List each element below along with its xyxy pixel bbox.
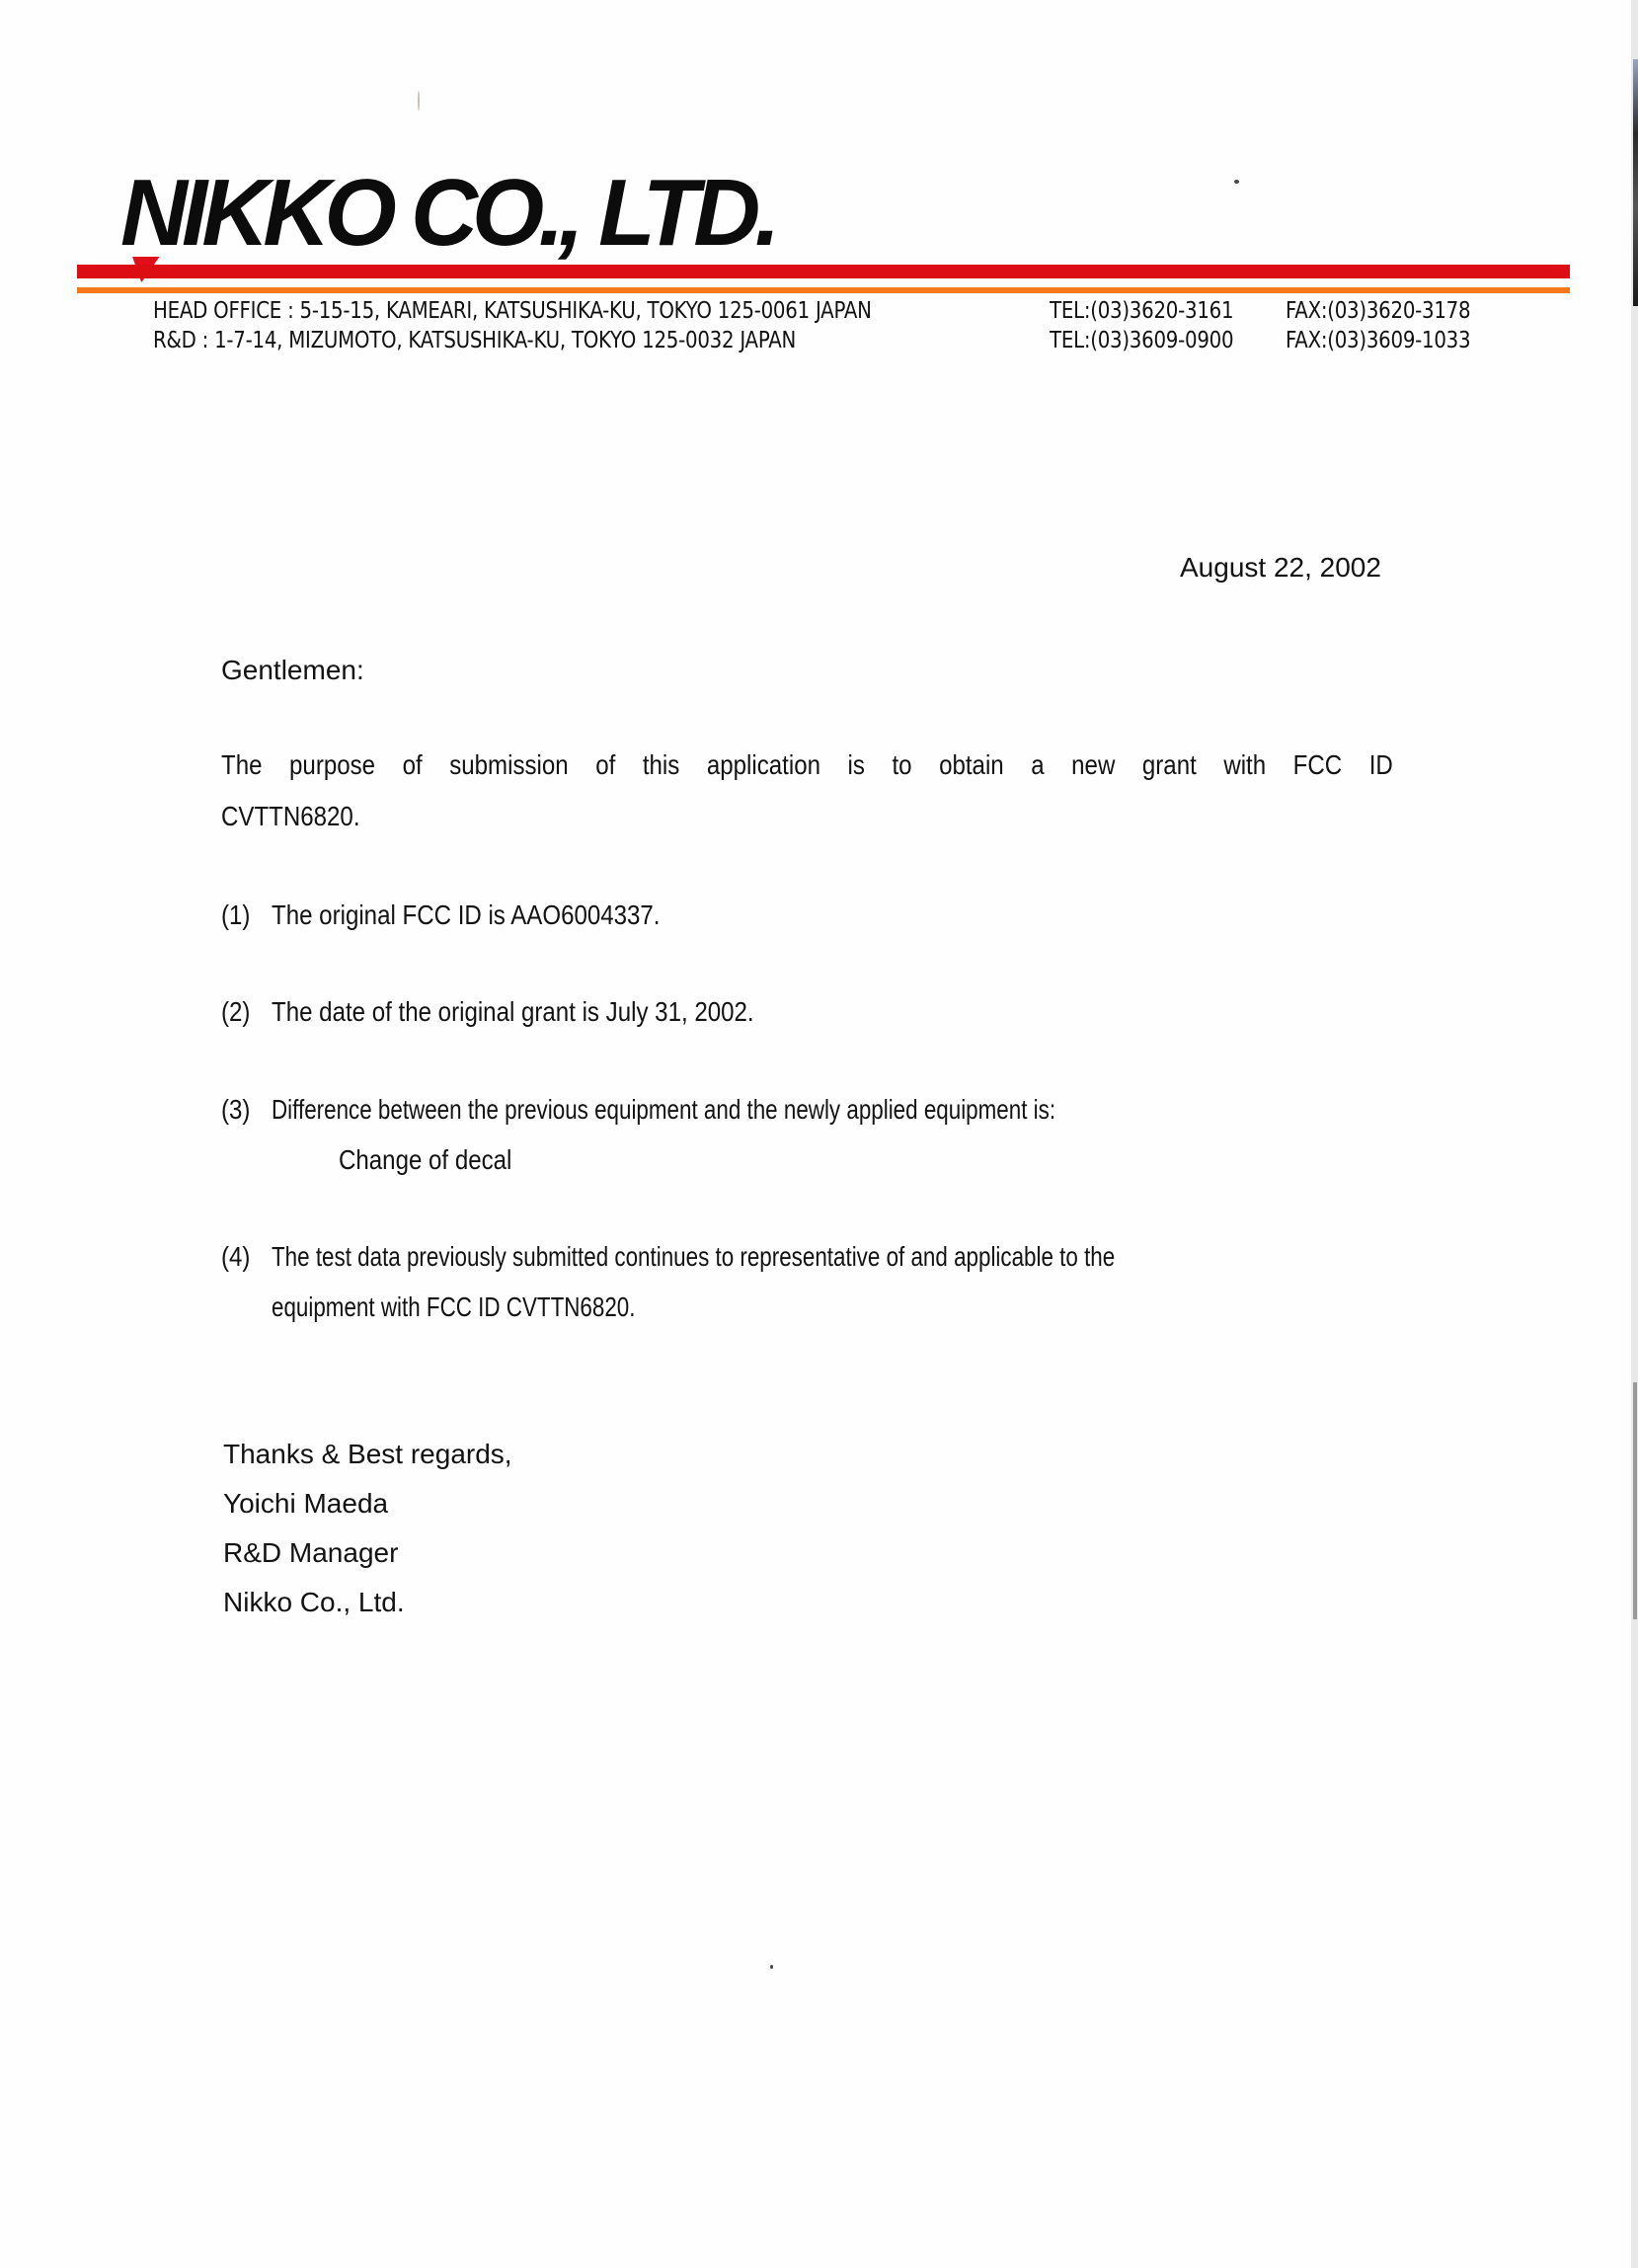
letter-page: NIKKO CO., LTD. HEAD OFFICE : 5-15-15, K… (0, 0, 1619, 2268)
rnd-fax: FAX:(03)3609-1033 (1286, 326, 1470, 355)
letterhead-red-rule (77, 265, 1570, 278)
item-3-number: (3) (221, 1093, 250, 1127)
rnd-tel: TEL:(03)3609-0900 (1050, 326, 1233, 355)
scan-speck (770, 1965, 773, 1969)
company-logo-text: NIKKO CO., LTD. (120, 160, 775, 266)
scan-edge-gray-artifact (1633, 1382, 1637, 1619)
scan-speck (1234, 180, 1239, 184)
item-2-number: (2) (221, 995, 250, 1029)
intro-line-1: The purpose of submission of this applic… (221, 748, 1393, 782)
scan-speck (418, 91, 420, 111)
item-3-text: Difference between the previous equipmen… (272, 1093, 1055, 1127)
closing-phrase: Thanks & Best regards, (223, 1438, 512, 1471)
signer-name: Yoichi Maeda (223, 1487, 388, 1521)
scan-edge-shadow (1631, 0, 1638, 2268)
item-4-continuation: equipment with FCC ID CVTTN6820. (272, 1290, 635, 1324)
signer-title: R&D Manager (223, 1536, 398, 1570)
scan-edge-dark-artifact (1633, 59, 1638, 306)
signer-company: Nikko Co., Ltd. (223, 1586, 405, 1619)
item-2-text: The date of the original grant is July 3… (272, 995, 754, 1029)
telephone-numbers: TEL:(03)3620-3161 TEL:(03)3609-0900 (1050, 296, 1233, 355)
head-office-tel: TEL:(03)3620-3161 (1050, 296, 1233, 326)
salutation: Gentlemen: (221, 654, 364, 687)
item-4-number: (4) (221, 1240, 250, 1274)
head-office-address: HEAD OFFICE : 5-15-15, KAMEARI, KATSUSHI… (153, 296, 872, 326)
letter-date: August 22, 2002 (1180, 551, 1381, 585)
item-1-number: (1) (221, 899, 250, 932)
office-addresses: HEAD OFFICE : 5-15-15, KAMEARI, KATSUSHI… (153, 296, 872, 355)
fax-numbers: FAX:(03)3620-3178 FAX:(03)3609-1033 (1286, 296, 1470, 355)
company-logo: NIKKO CO., LTD. (120, 166, 775, 261)
head-office-fax: FAX:(03)3620-3178 (1286, 296, 1470, 326)
intro-line-2: CVTTN6820. (221, 800, 360, 833)
item-3-detail: Change of decal (339, 1143, 511, 1177)
rnd-address: R&D : 1-7-14, MIZUMOTO, KATSUSHIKA-KU, T… (153, 326, 872, 355)
item-4-text: The test data previously submitted conti… (272, 1240, 1115, 1274)
letterhead-orange-rule (77, 287, 1570, 293)
item-1-text: The original FCC ID is AAO6004337. (272, 899, 661, 932)
